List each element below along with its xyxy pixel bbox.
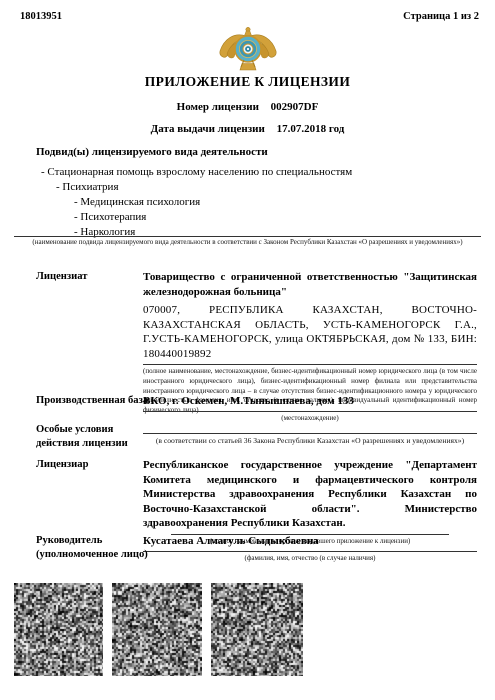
head-footnote: (фамилия, имя, отчество (в случае наличи… (143, 554, 477, 564)
page-indicator: Страница 1 из 2 (403, 11, 479, 22)
license-number-label: Номер лицензии (177, 101, 259, 113)
head-row: Руководитель (уполномоченное лицо) Кусат… (36, 534, 477, 563)
subtype-item: - Медицинская психология (36, 195, 480, 210)
subtypes-footnote: (наименование подвида лицензируемого вид… (14, 236, 481, 248)
license-date-line: Дата выдачи лицензии 17.07.2018 год (0, 123, 495, 135)
licensor-value: Республиканское государственное учрежден… (143, 458, 477, 531)
production-base-row: Производственная база ВКО, г. Оскемен, М… (36, 394, 477, 423)
head-label: Руководитель (уполномоченное лицо) (36, 534, 154, 562)
special-conditions-row: Особые условия действия лицензии (в соот… (36, 423, 477, 446)
document-number: 18013951 (20, 11, 62, 22)
licensor-label: Лицензиар (36, 458, 154, 472)
barcode-block-3 (211, 583, 303, 676)
production-base-footnote: (местонахождение) (143, 414, 477, 424)
licensee-label: Лицензиат (36, 270, 154, 284)
special-conditions-footnote: (в соответствии со статьей 36 Закона Рес… (143, 436, 477, 446)
license-number-value: 002907DF (271, 101, 319, 113)
subtype-item: - Психиатрия (36, 180, 480, 195)
subtype-item: - Стационарная помощь взрослому населени… (36, 165, 480, 180)
security-barcodes (14, 583, 303, 676)
licensee-address: 070007, РЕСПУБЛИКА КАЗАХСТАН, ВОСТОЧНО-К… (143, 303, 477, 361)
production-base-value: ВКО, г. Оскемен, М.Тынышпаева, дом 133 (143, 394, 477, 412)
special-conditions-label: Особые условия действия лицензии (36, 423, 154, 451)
subtype-item: - Психотерапия (36, 210, 480, 225)
document-title: ПРИЛОЖЕНИЕ К ЛИЦЕНЗИИ (0, 74, 495, 90)
head-value: Кусатаева Алмагуль Сыдыкбаевна (143, 534, 477, 552)
license-number-line: Номер лицензии 002907DF (0, 101, 495, 113)
subtypes-heading: Подвид(ы) лицензируемого вида деятельнос… (36, 146, 480, 158)
license-date-value: 17.07.2018 год (277, 123, 345, 135)
activity-subtypes-section: Подвид(ы) лицензируемого вида деятельнос… (36, 146, 480, 240)
kazakhstan-coat-of-arms-icon (215, 25, 281, 77)
barcode-block-1 (14, 583, 103, 676)
production-base-label: Производственная база (36, 394, 154, 408)
licensee-name: Товарищество с ограниченной ответственно… (143, 270, 477, 299)
barcode-block-2 (112, 583, 202, 676)
license-appendix-page: 18013951 Страница 1 из 2 ПРИЛОЖЕНИЕ К ЛИ… (0, 0, 495, 700)
page-header: 18013951 Страница 1 из 2 (20, 11, 479, 22)
license-date-label: Дата выдачи лицензии (151, 123, 265, 135)
